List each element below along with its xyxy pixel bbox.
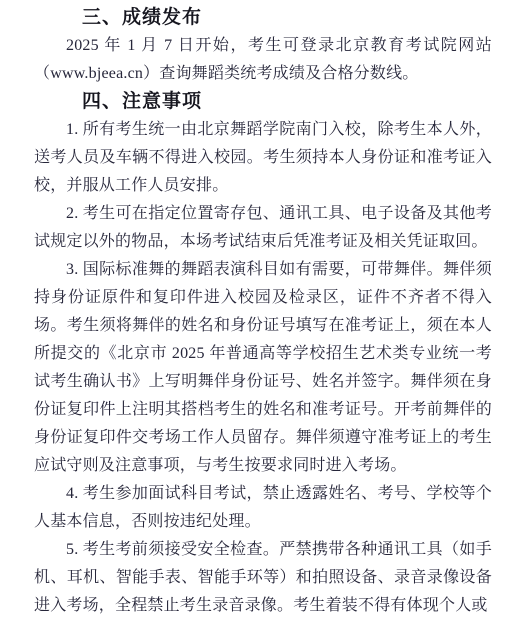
notice-item-2: 2. 考生可在指定位置寄存包、通讯工具、电子设备及其他考试规定以外的物品，本场考… — [34, 200, 492, 256]
paragraph-score-release: 2025 年 1 月 7 日开始，考生可登录北京教育考试院网站（www.bjee… — [34, 32, 492, 88]
notice-item-5: 5. 考生考前须接受安全检查。严禁携带各种通讯工具（如手机、耳机、智能手表、智能… — [34, 536, 492, 620]
section-heading-score-release: 三、成绩发布 — [34, 4, 492, 32]
section-heading-notes: 四、注意事项 — [34, 88, 492, 116]
notice-item-4: 4. 考生参加面试科目考试，禁止透露姓名、考号、学校等个人基本信息，否则按违纪处… — [34, 480, 492, 536]
document-page: 三、成绩发布 2025 年 1 月 7 日开始，考生可登录北京教育考试院网站（w… — [0, 0, 509, 632]
notice-item-3: 3. 国际标准舞的舞蹈表演科目如有需要，可带舞伴。舞伴须持身份证原件和复印件进入… — [34, 256, 492, 480]
notice-item-1: 1. 所有考生统一由北京舞蹈学院南门入校，除考生本人外，送考人员及车辆不得进入校… — [34, 116, 492, 200]
